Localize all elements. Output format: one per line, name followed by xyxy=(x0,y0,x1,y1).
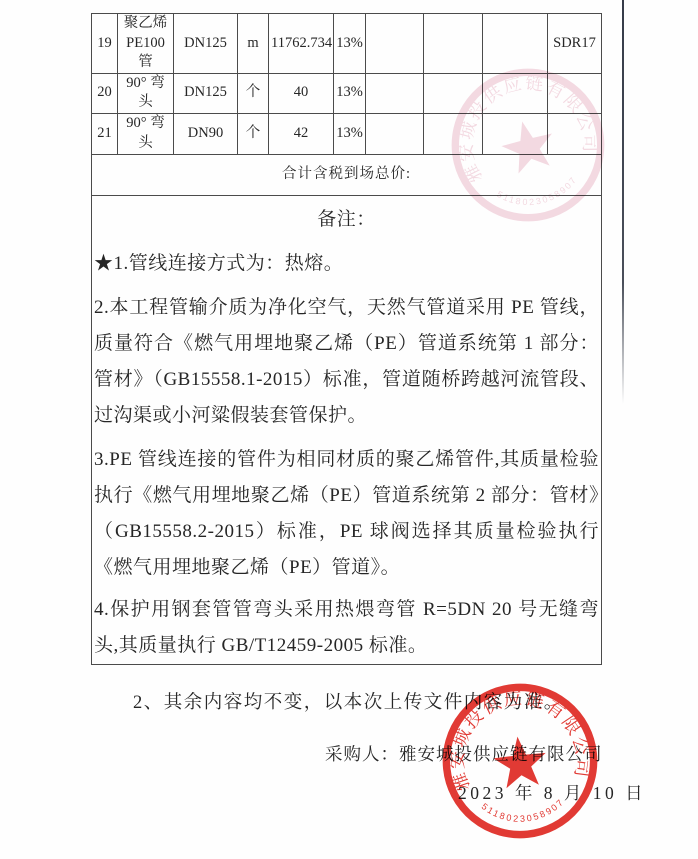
notes-cell: 备注： ★1.管线连接方式为：热熔。 2.本工程管输介质为净化空气，天然气管道采… xyxy=(92,195,602,664)
cell-spec: DN125 xyxy=(174,14,238,74)
cell-quantity: 40 xyxy=(269,73,334,113)
cell-empty xyxy=(366,14,424,74)
total-price-label: 合计含税到场总价: xyxy=(92,154,602,195)
cell-empty xyxy=(483,14,548,74)
cell-row-number: 20 xyxy=(92,73,118,113)
scanned-document-page: 19 聚乙烯 PE100 管 DN125 m 11762.734 13% SDR… xyxy=(0,0,698,859)
cell-unit: 个 xyxy=(238,73,269,113)
cell-tax-rate: 13% xyxy=(334,14,366,74)
amendment-statement: 2、其余内容均不变，以本次上传文件内容为准。 xyxy=(133,688,564,714)
cell-item-name: 90° 弯头 xyxy=(118,113,174,154)
note-item-2: 2.本工程管输介质为净化空气，天然气管道采用 PE 管线，质量符合《燃气用埋地聚… xyxy=(94,290,599,434)
cell-empty xyxy=(424,113,483,154)
cell-empty xyxy=(483,73,548,113)
cell-spec: DN90 xyxy=(174,113,238,154)
note-item-4: 4.保护用钢套管管弯头采用热煨弯管 R=5DN 20 号无缝弯头,其质量执行 G… xyxy=(94,592,599,657)
cell-item-name: 90° 弯头 xyxy=(118,73,174,113)
cell-row-number: 21 xyxy=(92,113,118,154)
table-row: 20 90° 弯头 DN125 个 40 13% xyxy=(92,73,602,113)
cell-empty xyxy=(424,14,483,74)
note-item-1: ★1.管线连接方式为：热熔。 xyxy=(94,246,599,282)
cell-row-number: 19 xyxy=(92,14,118,74)
cell-empty xyxy=(424,73,483,113)
cell-item-name: 聚乙烯 PE100 管 xyxy=(118,14,174,74)
cell-empty xyxy=(366,113,424,154)
cell-remark xyxy=(548,113,602,154)
table-row: 21 90° 弯头 DN90 个 42 13% xyxy=(92,113,602,154)
note-item-3: 3.PE 管线连接的管件为相同材质的聚乙烯管件,其质量检验执行《燃气用埋地聚乙烯… xyxy=(94,442,599,586)
cell-quantity: 11762.734 xyxy=(269,14,334,74)
cell-remark: SDR17 xyxy=(548,14,602,74)
cell-tax-rate: 13% xyxy=(334,113,366,154)
total-row: 合计含税到场总价: xyxy=(92,154,602,195)
notes-heading: 备注： xyxy=(94,202,599,238)
cell-tax-rate: 13% xyxy=(334,73,366,113)
scan-artifact-line xyxy=(622,0,624,404)
cell-empty xyxy=(366,73,424,113)
items-table: 19 聚乙烯 PE100 管 DN125 m 11762.734 13% SDR… xyxy=(91,13,602,665)
signature-date: 2023 年 8 月 10 日 xyxy=(458,780,646,805)
purchaser-line: 采购人：雅安城投供应链有限公司 xyxy=(325,741,603,766)
notes-box: 备注： ★1.管线连接方式为：热熔。 2.本工程管输介质为净化空气，天然气管道采… xyxy=(94,202,599,657)
cell-empty xyxy=(483,113,548,154)
cell-unit: m xyxy=(238,14,269,74)
cell-spec: DN125 xyxy=(174,73,238,113)
table-row: 19 聚乙烯 PE100 管 DN125 m 11762.734 13% SDR… xyxy=(92,14,602,74)
cell-remark xyxy=(548,73,602,113)
cell-unit: 个 xyxy=(238,113,269,154)
cell-quantity: 42 xyxy=(269,113,334,154)
notes-row: 备注： ★1.管线连接方式为：热熔。 2.本工程管输介质为净化空气，天然气管道采… xyxy=(92,195,602,664)
